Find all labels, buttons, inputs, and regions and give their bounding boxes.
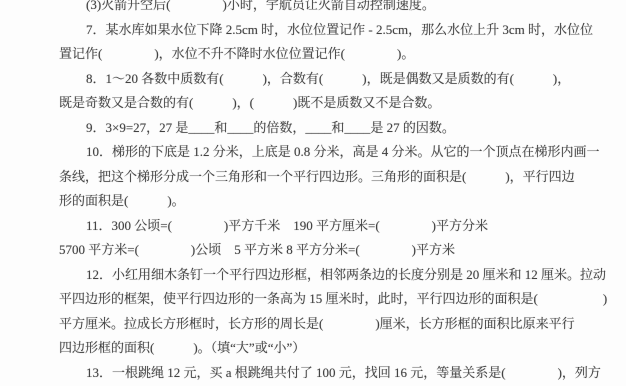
question-12-line-1: 12．小红用细木条钉一个平行四边形框，相邻两条边的长度分别是 20 厘米和 12… — [59, 263, 574, 288]
question-12-line-3: 平方厘米。拉成长方形框时，长方形的周长是( )厘米，长方形框的面积比原来平行 — [59, 312, 574, 337]
question-10-line-3: 形的面积是( )。 — [59, 189, 574, 214]
worksheet-page: (3)火箭升空后( )小时，宇航员让火箭自动控制速度。 7．某水库如果水位下降 … — [0, 0, 626, 386]
question-11-line-1: 11．300 公顷=( )平方千米 190 平方厘米=( )平方分米 — [59, 214, 574, 239]
worksheet-text-block: (3)火箭升空后( )小时，宇航员让火箭自动控制速度。 7．某水库如果水位下降 … — [59, 0, 574, 385]
question-10-line-2: 条线，把这个梯形分成一个三角形和一个平行四边形。三角形的面积是( )，平行四边 — [59, 165, 574, 190]
question-8-line-2: 既是奇数又是合数的有( )，( )既不是质数又不是合数。 — [59, 91, 574, 116]
question-12-line-2: 平四边形的框架，使平行四边形的一条高为 15 厘米时，此时，平行四边形的面积是(… — [59, 287, 574, 312]
question-7-line-1: 7．某水库如果水位下降 2.5cm 时，水位位置记作 - 2.5cm，那么水位上… — [59, 18, 574, 43]
question-12-line-4: 四边形框的面积( )。（填“大”或“小”） — [59, 336, 574, 361]
question-9-line-1: 9．3×9=27，27 是____和____的倍数，____和____是 27 … — [59, 116, 574, 141]
question-8-line-1: 8．1～20 各数中质数有( )，合数有( )，既是偶数又是质数的有( )， — [59, 67, 574, 92]
question-11-line-2: 5700 平方米=( )公顷 5 平方米 8 平方分米=( )平方米 — [59, 238, 574, 263]
question-rocket-part3-line: (3)火箭升空后( )小时，宇航员让火箭自动控制速度。 — [59, 0, 574, 18]
question-10-line-1: 10．梯形的下底是 1.2 分米，上底是 0.8 分米，高是 4 分米。从它的一… — [59, 140, 574, 165]
question-13-line-1: 13．一根跳绳 12 元，买 a 根跳绳共付了 100 元，找回 16 元，等量… — [59, 361, 574, 386]
question-7-line-2: 置记作( )，水位不升不降时水位位置记作( )。 — [59, 42, 574, 67]
